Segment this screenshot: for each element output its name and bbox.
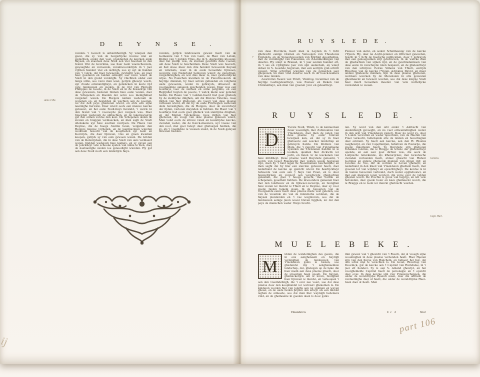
text-column: Pastoor van Aelst, en sedert Schatmeeste…	[345, 50, 426, 107]
column-end-word: Vlaanderen.	[258, 310, 339, 315]
gathering-signature: Cc 2	[387, 310, 397, 315]
scanned-book-photo: { "left_page": { "running_header": "DEYN…	[0, 0, 480, 377]
running-header-deynse: DEYNSE.	[75, 41, 236, 48]
right-page-columns-bottom: Midden de wandelinghen des geests, die i…	[258, 253, 426, 315]
left-page-columns: vonden. 't Gewelt is onbarmhartigh. Sy w…	[75, 52, 236, 189]
woodcut-initial-M: M	[258, 254, 282, 279]
text-column: Midden de wandelinghen des geests, die i…	[258, 253, 339, 315]
text-column: van dese Provincie, heeft men te Leyden …	[258, 50, 339, 107]
text-column: D'Eerste Stadt, Thielt, is de kenteecken…	[258, 126, 339, 235]
right-page-columns-top: van dese Provincie, heeft men te Leyden …	[258, 50, 426, 107]
running-header-ruyslede: RUYSLEDE.	[258, 39, 426, 45]
catchword: Voor	[420, 310, 426, 315]
text-column: min gewest van 't ghesicht van 't Bosch,…	[345, 253, 426, 315]
signature-line: Cc 2 Voor	[345, 310, 426, 315]
margin-note: Goltzius.	[430, 158, 456, 161]
text-column: vonden. 't Gewelt is onbarmhartigh. Sy w…	[75, 52, 152, 189]
text-column: ten. Sy werd van den Abt onder 't Ambach…	[345, 126, 426, 235]
text-column: vonden, gelijck landswaerts gewest heeft…	[159, 52, 236, 187]
right-page-columns-mid: D'Eerste Stadt, Thielt, is de kenteecken…	[258, 126, 426, 235]
woodcut-initial-D: D	[258, 127, 285, 155]
paragraph: Laurentius Swaen van Thielt, Vlaming, Li…	[258, 78, 339, 86]
footnote-mark: 7	[252, 55, 254, 59]
section-heading-ruyslede: RUYSLEDE.	[258, 111, 426, 120]
tailpiece-ornament-icon	[92, 192, 192, 246]
section-heading-muelebeke: MUELEBEKE.	[258, 239, 426, 249]
paragraph: van dese Provincie, heeft men te Leyden …	[258, 50, 339, 78]
margin-note: Capit. Harl.	[430, 216, 456, 219]
margin-note: Anno 1584.	[44, 100, 70, 103]
paragraph-text: min gewest van 't ghesicht van 't Bosch,…	[345, 253, 426, 309]
